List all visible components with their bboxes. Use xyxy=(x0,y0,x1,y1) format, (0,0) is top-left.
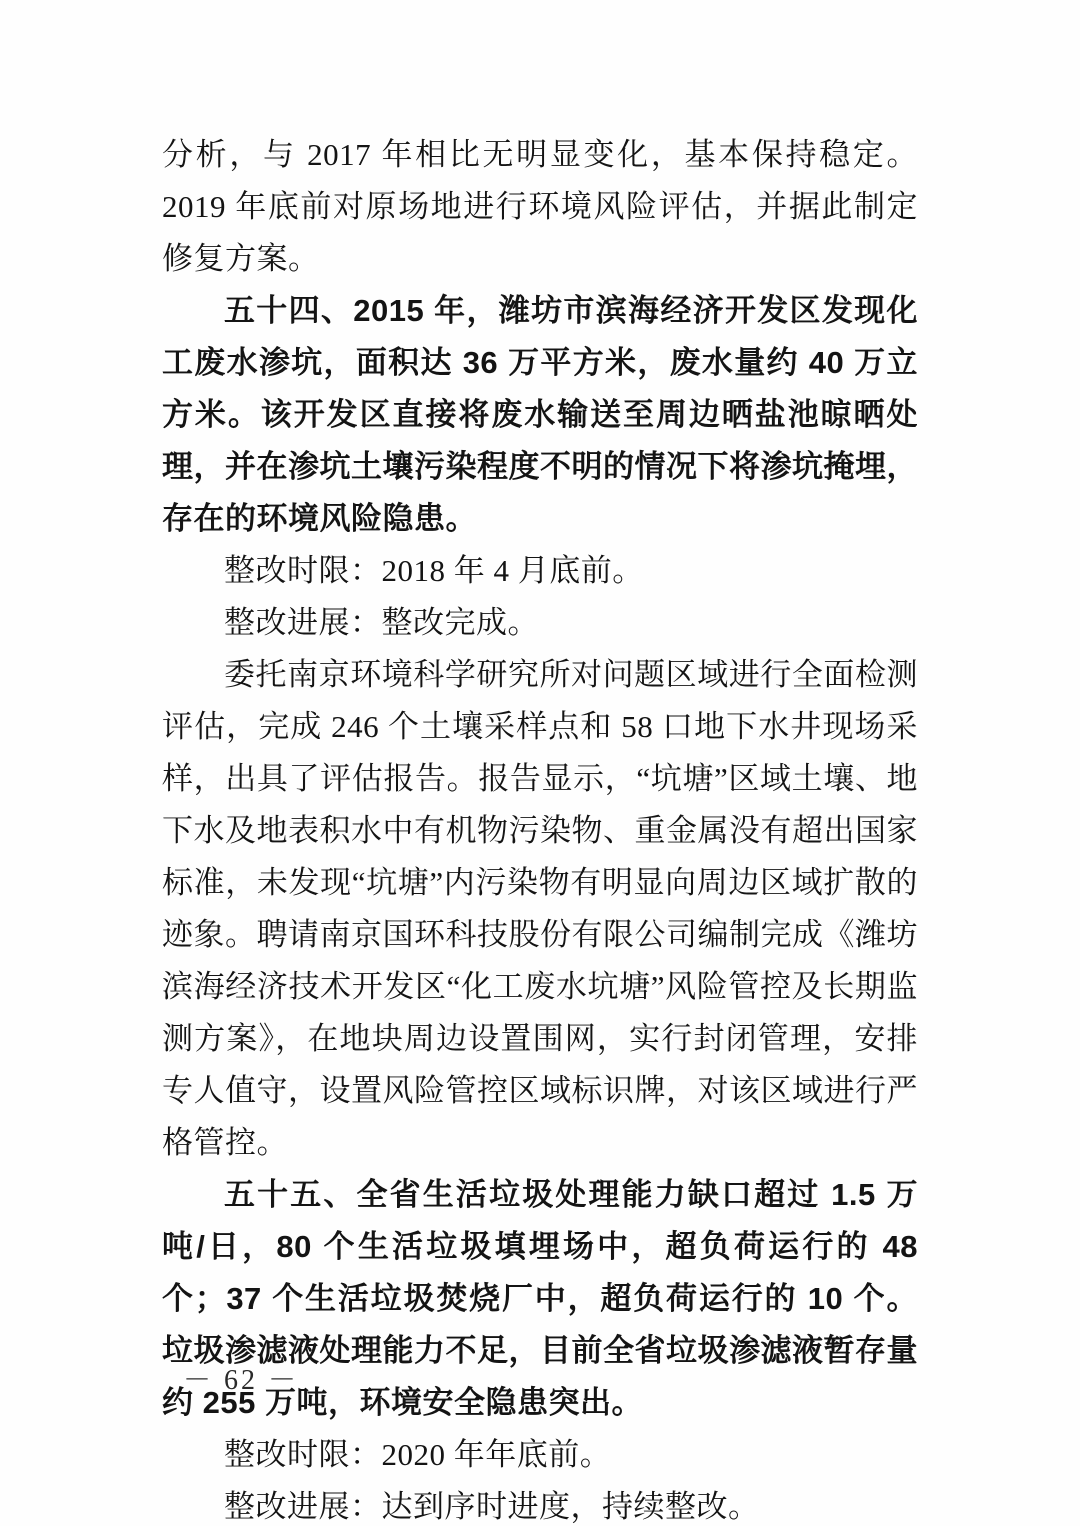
document-page: 分析，与 2017 年相比无明显变化，基本保持稳定。2019 年底前对原场地进行… xyxy=(0,0,1080,1526)
paragraph-deadline-55: 整改时限：2020 年年底前。 xyxy=(162,1429,918,1481)
paragraph-continuation: 分析，与 2017 年相比无明显变化，基本保持稳定。2019 年底前对原场地进行… xyxy=(162,129,918,285)
paragraph-deadline-54: 整改时限：2018 年 4 月底前。 xyxy=(162,545,918,597)
paragraph-detail-54: 委托南京环境科学研究所对问题区域进行全面检测评估，完成 246 个土壤采样点和 … xyxy=(162,649,918,1169)
paragraph-item-54-heading: 五十四、2015 年，潍坊市滨海经济开发区发现化工废水渗坑，面积达 36 万平方… xyxy=(162,285,918,545)
paragraph-progress-54: 整改进展：整改完成。 xyxy=(162,597,918,649)
paragraph-progress-55: 整改进展：达到序时进度，持续整改。 xyxy=(162,1481,918,1526)
document-body: 分析，与 2017 年相比无明显变化，基本保持稳定。2019 年底前对原场地进行… xyxy=(162,129,918,1526)
page-number: － 62 － xyxy=(183,1358,299,1398)
